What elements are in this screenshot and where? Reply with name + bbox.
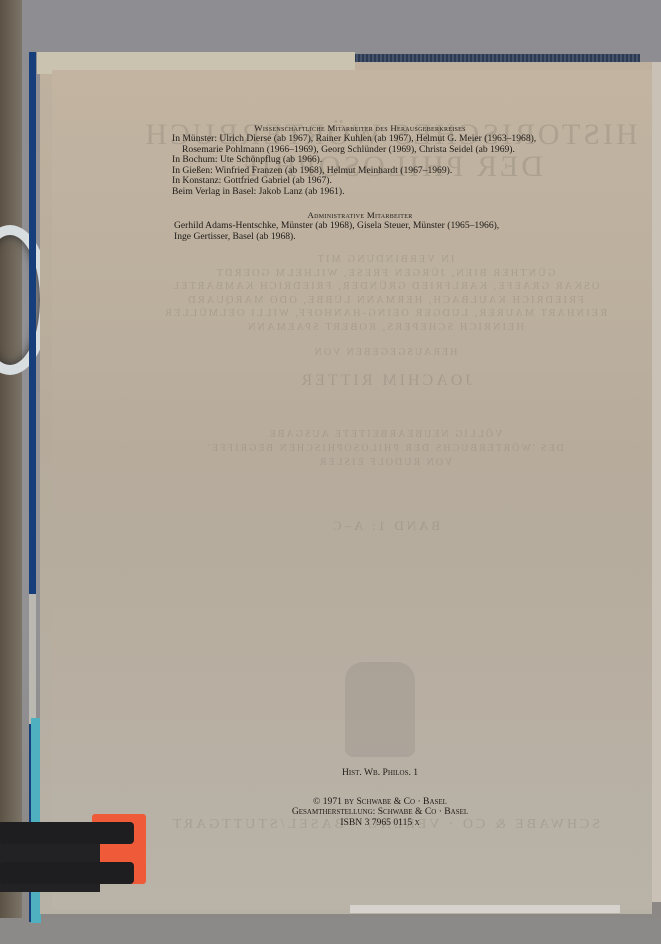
admin-line: Gerhild Adams-Hentschke, Münster (ab 196… bbox=[174, 221, 594, 232]
imprint-block: Hist. Wb. Philos. 1 © 1971 by Schwabe & … bbox=[240, 768, 520, 828]
show-through-editor-label: HERAUSGEGEBEN VON bbox=[150, 347, 620, 358]
staff-line: Beim Verlag in Basel: Jakob Lanz (ab 196… bbox=[172, 187, 612, 198]
heading-scientific-staff: Wissenschaftliche Mitarbeiter des Heraus… bbox=[160, 123, 560, 134]
table-surface bbox=[0, 918, 661, 944]
heading-admin-staff: Administrative Mitarbeiter bbox=[160, 210, 560, 221]
book-cover-edge-light bbox=[29, 594, 36, 724]
clamp-jaw-top bbox=[0, 822, 134, 844]
scientific-staff-list: In Münster: Ulrich Dierse (ab 1967), Rai… bbox=[172, 134, 612, 198]
isbn-line: ISBN 3 7965 0115 x bbox=[240, 818, 520, 829]
page-right-edge bbox=[652, 62, 661, 902]
admin-staff-list: Gerhild Adams-Hentschke, Münster (ab 196… bbox=[174, 221, 594, 242]
background-shadow bbox=[0, 0, 22, 944]
clamp-jaw-bottom bbox=[0, 862, 134, 884]
admin-line: Inge Gertisser, Basel (ab 1968). bbox=[174, 232, 594, 243]
show-through-editor: JOACHIM RITTER bbox=[150, 372, 620, 390]
publisher-emblem-icon bbox=[345, 662, 415, 757]
show-through-volume: BAND 1: A–C bbox=[150, 518, 620, 534]
page-bottom-edge bbox=[350, 905, 620, 913]
staff-line: In Münster: Ulrich Dierse (ab 1967), Rai… bbox=[172, 134, 612, 145]
short-title: Hist. Wb. Philos. 1 bbox=[240, 768, 520, 779]
show-through-edition: VÖLLIG NEUBEARBEITETE AUSGABE DES 'WÖRTE… bbox=[150, 428, 620, 470]
show-through-collaborators: IN VERBINDUNG MIT GÜNTHER BIEN, JÜRGEN F… bbox=[150, 253, 620, 334]
